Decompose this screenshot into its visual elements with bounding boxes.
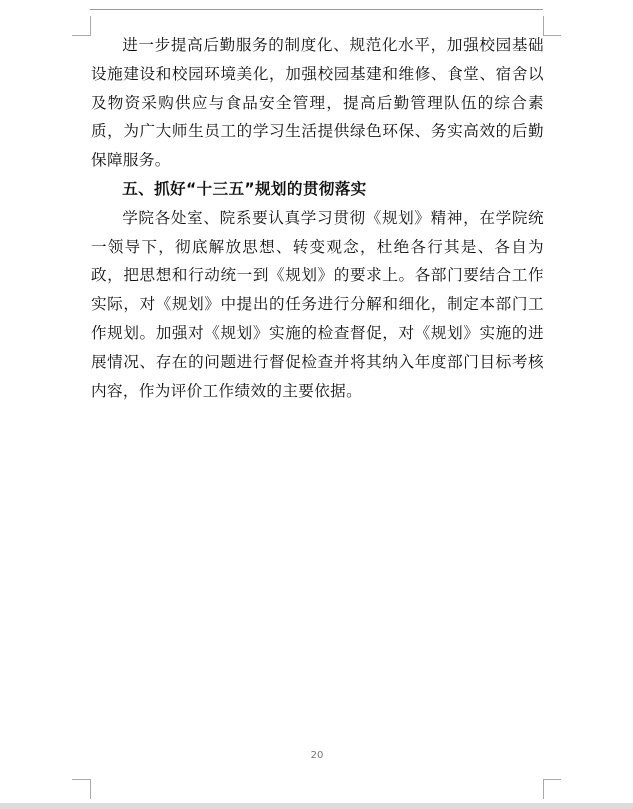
- section-heading-five[interactable]: 五、抓好“十三五”规划的贯彻落实: [91, 175, 544, 204]
- margin-mark-top-right-horizontal: [543, 35, 561, 36]
- margin-mark-top-left-horizontal: [72, 35, 91, 36]
- margin-mark-bottom-right-vertical: [543, 779, 544, 799]
- workspace-background: [0, 803, 633, 809]
- page-number: 20: [297, 750, 337, 761]
- margin-mark-bottom-left-horizontal: [72, 779, 91, 780]
- header-rule: [90, 9, 543, 10]
- paragraph-implementation[interactable]: 学院各处室、院系要认真学习贯彻《规划》精神，在学院统一领导下，彻底解放思想、转变…: [91, 204, 544, 406]
- margin-mark-bottom-left-vertical: [90, 779, 91, 799]
- margin-mark-bottom-right-horizontal: [543, 779, 561, 780]
- document-page: 进一步提高后勤服务的制度化、规范化水平，加强校园基础设施建设和校园环境美化，加强…: [0, 0, 633, 803]
- paragraph-logistics[interactable]: 进一步提高后勤服务的制度化、规范化水平，加强校园基础设施建设和校园环境美化，加强…: [91, 31, 544, 175]
- document-body[interactable]: 进一步提高后勤服务的制度化、规范化水平，加强校园基础设施建设和校园环境美化，加强…: [91, 31, 544, 405]
